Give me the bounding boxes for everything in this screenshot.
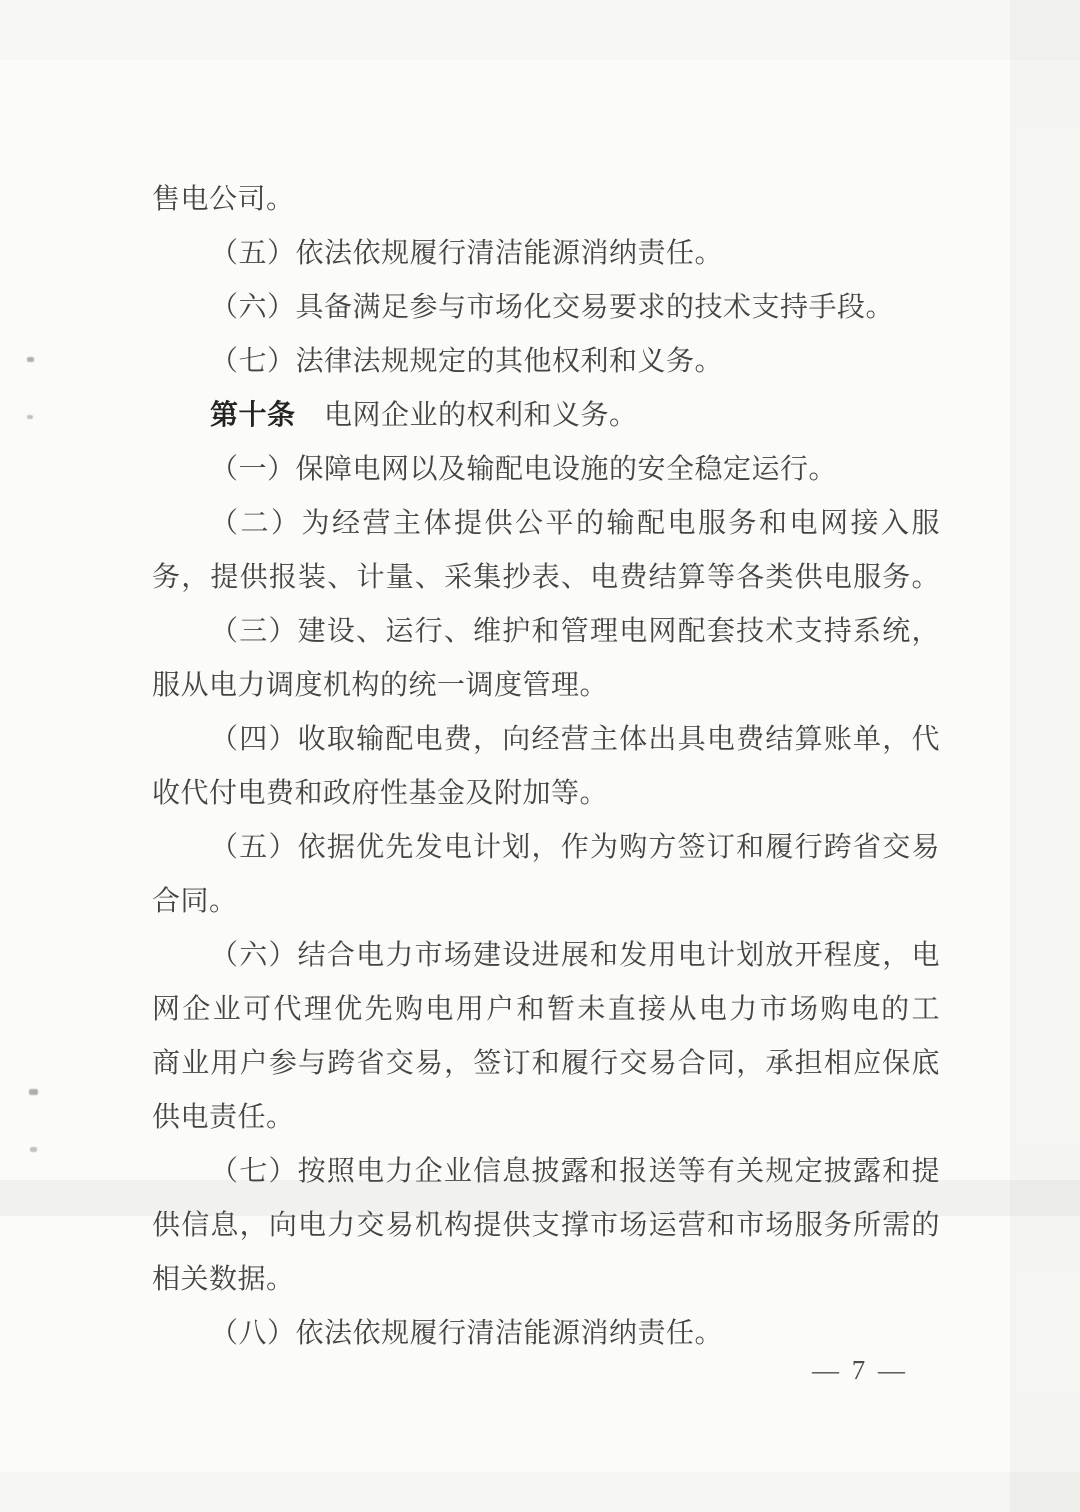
scan-speck xyxy=(30,1147,37,1152)
text-line: 网企业可代理优先购电用户和暂未直接从电力市场购电的工 xyxy=(152,983,940,1037)
page-number: — 7 — xyxy=(812,1352,908,1388)
text-line: 务，提供报装、计量、采集抄表、电费结算等各类供电服务。 xyxy=(152,551,940,605)
scan-speck xyxy=(27,357,34,362)
text-line: 供电责任。 xyxy=(152,1091,940,1145)
article-heading: 第十条 xyxy=(210,400,296,431)
scan-artifact-band xyxy=(1010,0,1080,1512)
scan-speck xyxy=(27,415,33,419)
text-line: （五）依据优先发电计划，作为购方签订和履行跨省交易 xyxy=(152,821,940,875)
text-line: （五）依法依规履行清洁能源消纳责任。 xyxy=(152,227,940,281)
document-lines: 售电公司。（五）依法依规履行清洁能源消纳责任。（六）具备满足参与市场化交易要求的… xyxy=(152,173,940,1361)
text-line: （七）按照电力企业信息披露和报送等有关规定披露和提 xyxy=(152,1145,940,1199)
text-line: （七）法律法规规定的其他权利和义务。 xyxy=(152,335,940,389)
text-line: 供信息，向电力交易机构提供支撑市场运营和市场服务所需的 xyxy=(152,1199,940,1253)
scan-artifact-band xyxy=(0,0,1080,60)
text-line: 第十条 电网企业的权利和义务。 xyxy=(152,389,940,443)
text-line: （三）建设、运行、维护和管理电网配套技术支持系统， xyxy=(152,605,940,659)
scan-artifact-band xyxy=(0,1472,1080,1512)
article-title-text: 电网企业的权利和义务。 xyxy=(296,400,638,431)
scan-speck xyxy=(29,1089,38,1095)
text-line: 相关数据。 xyxy=(152,1253,940,1307)
text-line: （一）保障电网以及输配电设施的安全稳定运行。 xyxy=(152,443,940,497)
text-line: 售电公司。 xyxy=(152,173,940,227)
text-line: 合同。 xyxy=(152,875,940,929)
text-line: （六）具备满足参与市场化交易要求的技术支持手段。 xyxy=(152,281,940,335)
text-line: 收代付电费和政府性基金及附加等。 xyxy=(152,767,940,821)
text-line: 商业用户参与跨省交易，签订和履行交易合同，承担相应保底 xyxy=(152,1037,940,1091)
text-line: （二）为经营主体提供公平的输配电服务和电网接入服 xyxy=(152,497,940,551)
document-page: 售电公司。（五）依法依规履行清洁能源消纳责任。（六）具备满足参与市场化交易要求的… xyxy=(0,0,1080,1512)
text-line: （四）收取输配电费，向经营主体出具电费结算账单，代 xyxy=(152,713,940,767)
text-line: 服从电力调度机构的统一调度管理。 xyxy=(152,659,940,713)
text-line: （六）结合电力市场建设进展和发用电计划放开程度，电 xyxy=(152,929,940,983)
